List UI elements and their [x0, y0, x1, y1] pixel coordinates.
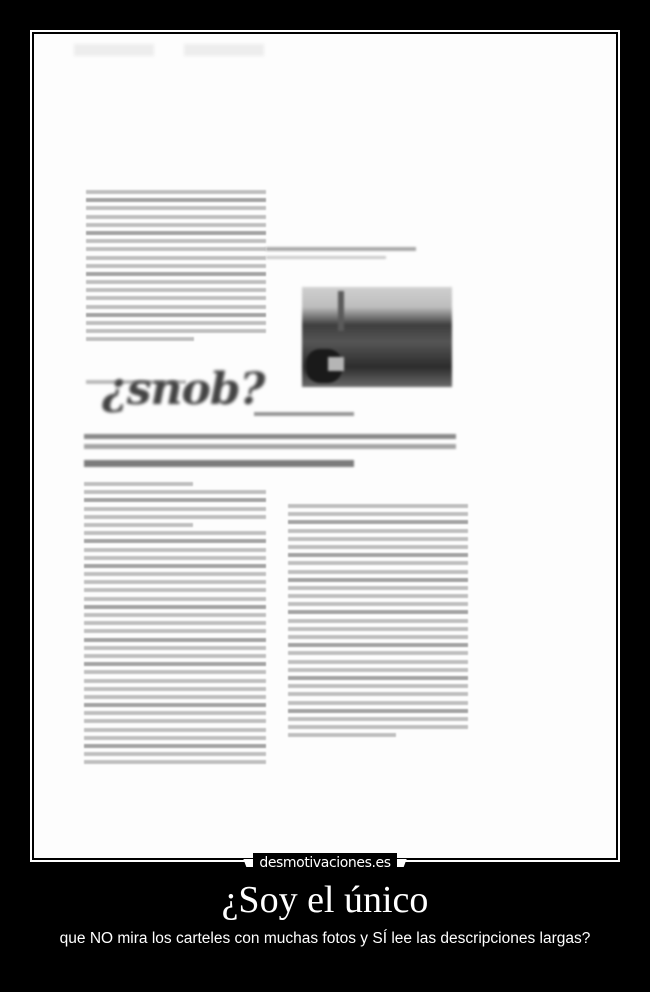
ghost-header-mark [74, 44, 154, 56]
poster-image: ¿snob? [34, 34, 616, 858]
watermark: desmotivaciones.es [0, 852, 650, 874]
poster-title: ¿Soy el único [0, 878, 650, 922]
byline-line [254, 412, 354, 416]
ghost-header-mark [184, 44, 264, 56]
deck-line [84, 444, 456, 449]
watermark-bar-left [243, 859, 253, 867]
watermark-bar-right [397, 859, 407, 867]
deck-line [84, 434, 456, 439]
subhead-line [84, 460, 354, 467]
text-column-left-bottom [84, 482, 266, 769]
watermark-text: desmotivaciones.es [253, 853, 396, 873]
caption-line [266, 247, 416, 251]
photo-placeholder-icon [302, 287, 452, 387]
text-column-right [288, 504, 468, 741]
article-heading: ¿snob? [102, 364, 264, 415]
text-column-left-top [86, 190, 266, 346]
caption-line [266, 256, 386, 259]
poster-subtitle: que NO mira los carteles con muchas foto… [40, 928, 610, 949]
